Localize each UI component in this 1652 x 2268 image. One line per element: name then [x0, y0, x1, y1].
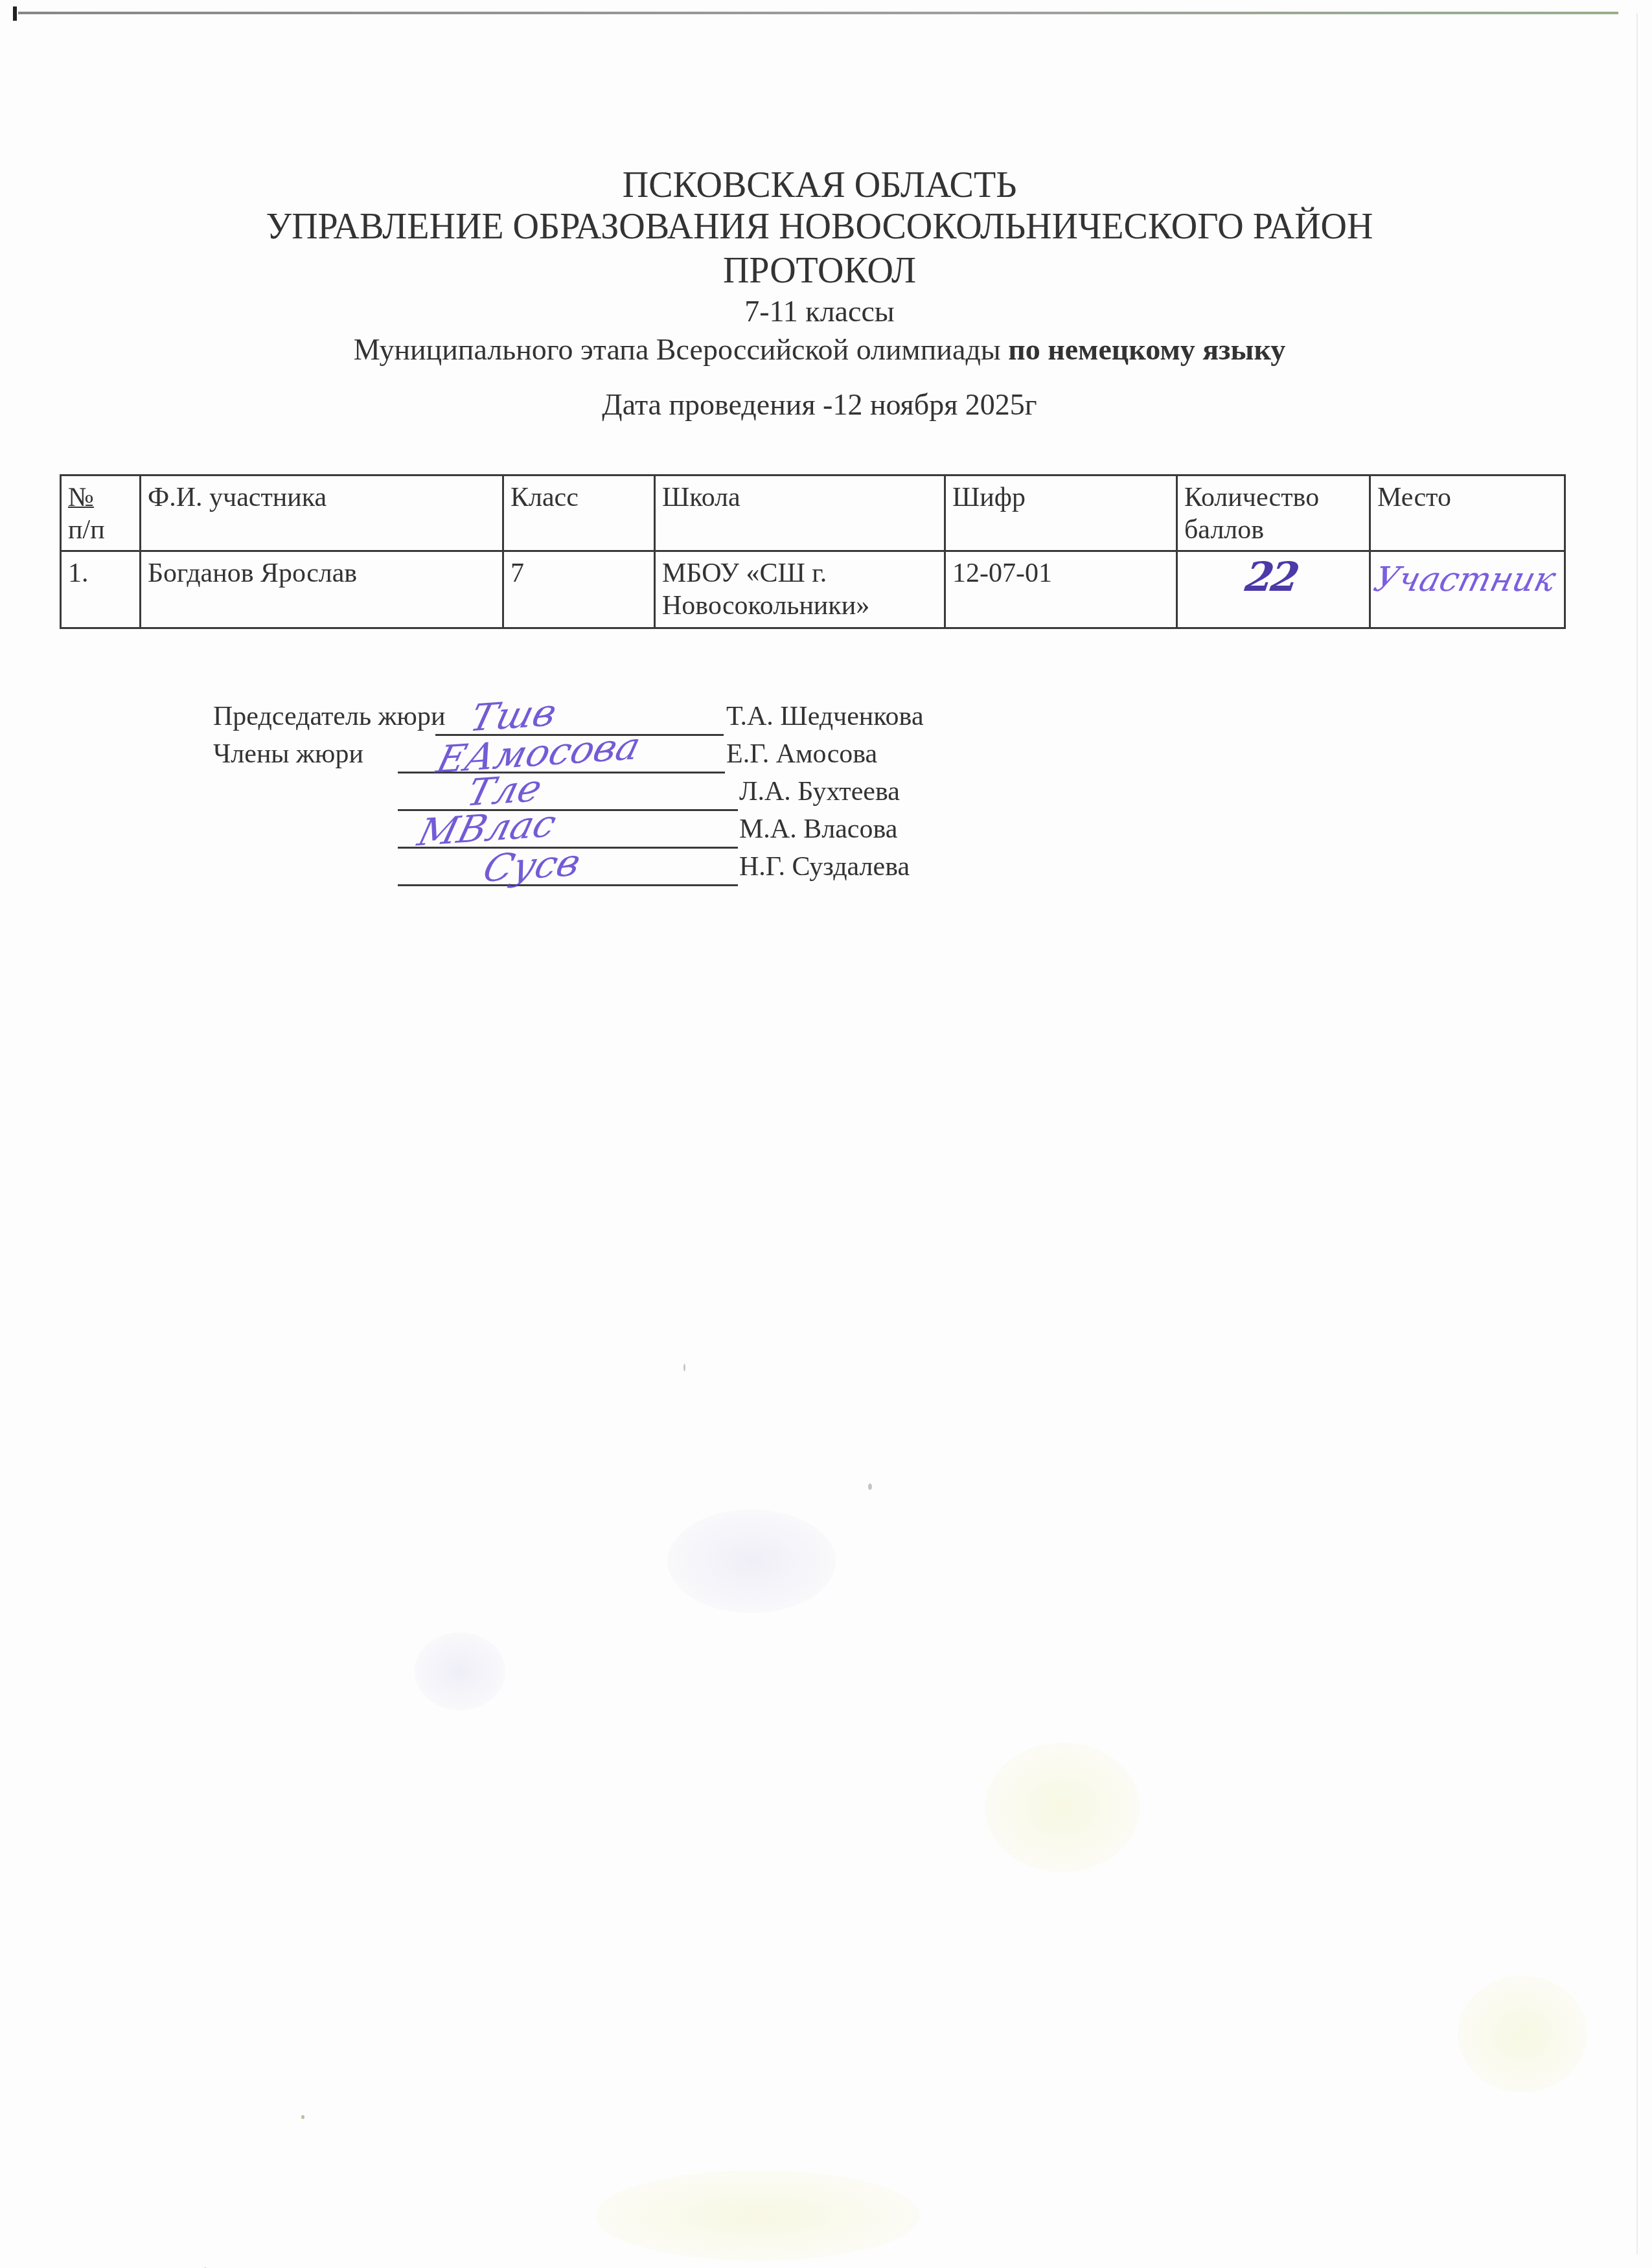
event-date: Дата проведения -12 ноября 2025г [0, 390, 1652, 420]
scan-stain [1458, 1976, 1587, 2092]
stage-subtitle: Муниципального этапа Всероссийской олимп… [0, 335, 1652, 365]
grades-subtitle-text: 7-11 классы [744, 297, 895, 326]
col-header-number-line1: № [68, 481, 133, 514]
department-heading-text: УПРАВЛЕНИЕ ОБРАЗОВАНИЯ НОВОСОКОЛЬНИЧЕСКО… [266, 209, 1373, 245]
jury-member-name: Л.А. Бухтеева [739, 776, 900, 807]
col-header-school: Школа [655, 475, 945, 551]
col-header-grade: Класс [503, 475, 655, 551]
results-table: № п/п Ф.И. участника Класс Школа Шифр Ко… [60, 474, 1566, 629]
stage-subject: по немецкому языку [1008, 333, 1285, 366]
jury-chair-label: Председатель жюри [213, 701, 445, 732]
scan-smudge [415, 1632, 505, 1710]
handwritten-score: 22 [1243, 561, 1298, 593]
region-heading: ПСКОВСКАЯ ОБЛАСТЬ [0, 167, 1652, 203]
jury-member-name: Е.Г. Амосова [726, 739, 877, 770]
scan-stain [985, 1743, 1140, 1872]
col-header-score-line1: Количество [1184, 481, 1362, 514]
cell-school: МБОУ «СШ г. Новосокольники» [655, 551, 945, 628]
cell-place: Участник [1370, 551, 1565, 628]
jury-chair-name: Т.А. Шедченкова [726, 701, 924, 732]
col-header-place: Место [1370, 475, 1565, 551]
jury-member-row: Тле Л.А. Бухтеева [213, 775, 991, 812]
scan-smudge [667, 1509, 836, 1613]
table-row: 1. Богданов Ярослав 7 МБОУ «СШ г. Новосо… [61, 551, 1565, 628]
scan-top-edge [18, 12, 1618, 14]
cell-number: 1. [61, 551, 141, 628]
col-header-number-line2: п/п [68, 514, 133, 546]
scan-stain [596, 2170, 920, 2261]
col-header-name: Ф.И. участника [141, 475, 503, 551]
stage-prefix: Муниципального этапа Всероссийской олимп… [354, 333, 1009, 366]
doc-type-heading: ПРОТОКОЛ [0, 253, 1652, 289]
scan-speck [683, 1364, 685, 1371]
cell-cipher: 12-07-01 [945, 551, 1177, 628]
jury-members-label: Члены жюри [213, 739, 363, 770]
scan-speck [868, 1483, 872, 1490]
scan-speck [301, 2115, 304, 2119]
jury-member-row: МВлас М.А. Власова [213, 812, 991, 850]
col-header-cipher: Шифр [945, 475, 1177, 551]
col-header-number: № п/п [61, 475, 141, 551]
grades-subtitle: 7-11 классы [0, 297, 1652, 326]
event-date-text: Дата проведения -12 ноября 2025г [602, 390, 1037, 420]
table-header-row: № п/п Ф.И. участника Класс Школа Шифр Ко… [61, 475, 1565, 551]
cell-score: 22 [1177, 551, 1370, 628]
jury-member-name: М.А. Власова [739, 814, 897, 845]
region-heading-text: ПСКОВСКАЯ ОБЛАСТЬ [623, 167, 1017, 203]
cell-grade: 7 [503, 551, 655, 628]
handwritten-place: Участник [1371, 564, 1559, 596]
cell-school-line2: Новосокольники» [662, 590, 937, 622]
jury-member-name: Н.Г. Суздалева [739, 851, 910, 882]
jury-member-row: Сусв Н.Г. Суздалева [213, 850, 991, 888]
jury-member-row: Члены жюри ЕАмосова Е.Г. Амосова [213, 737, 991, 775]
handwritten-signature: Сусв [479, 840, 585, 891]
scan-edge-mark [13, 6, 17, 21]
doc-type-heading-text: ПРОТОКОЛ [723, 253, 916, 289]
cell-school-line1: МБОУ «СШ г. [662, 557, 937, 590]
cell-participant-name: Богданов Ярослав [141, 551, 503, 628]
department-heading: УПРАВЛЕНИЕ ОБРАЗОВАНИЯ НОВОСОКОЛЬНИЧЕСКО… [0, 209, 1652, 245]
col-header-score: Количество баллов [1177, 475, 1370, 551]
stage-subtitle-text: Муниципального этапа Всероссийской олимп… [354, 335, 1286, 365]
col-header-score-line2: баллов [1184, 514, 1362, 546]
